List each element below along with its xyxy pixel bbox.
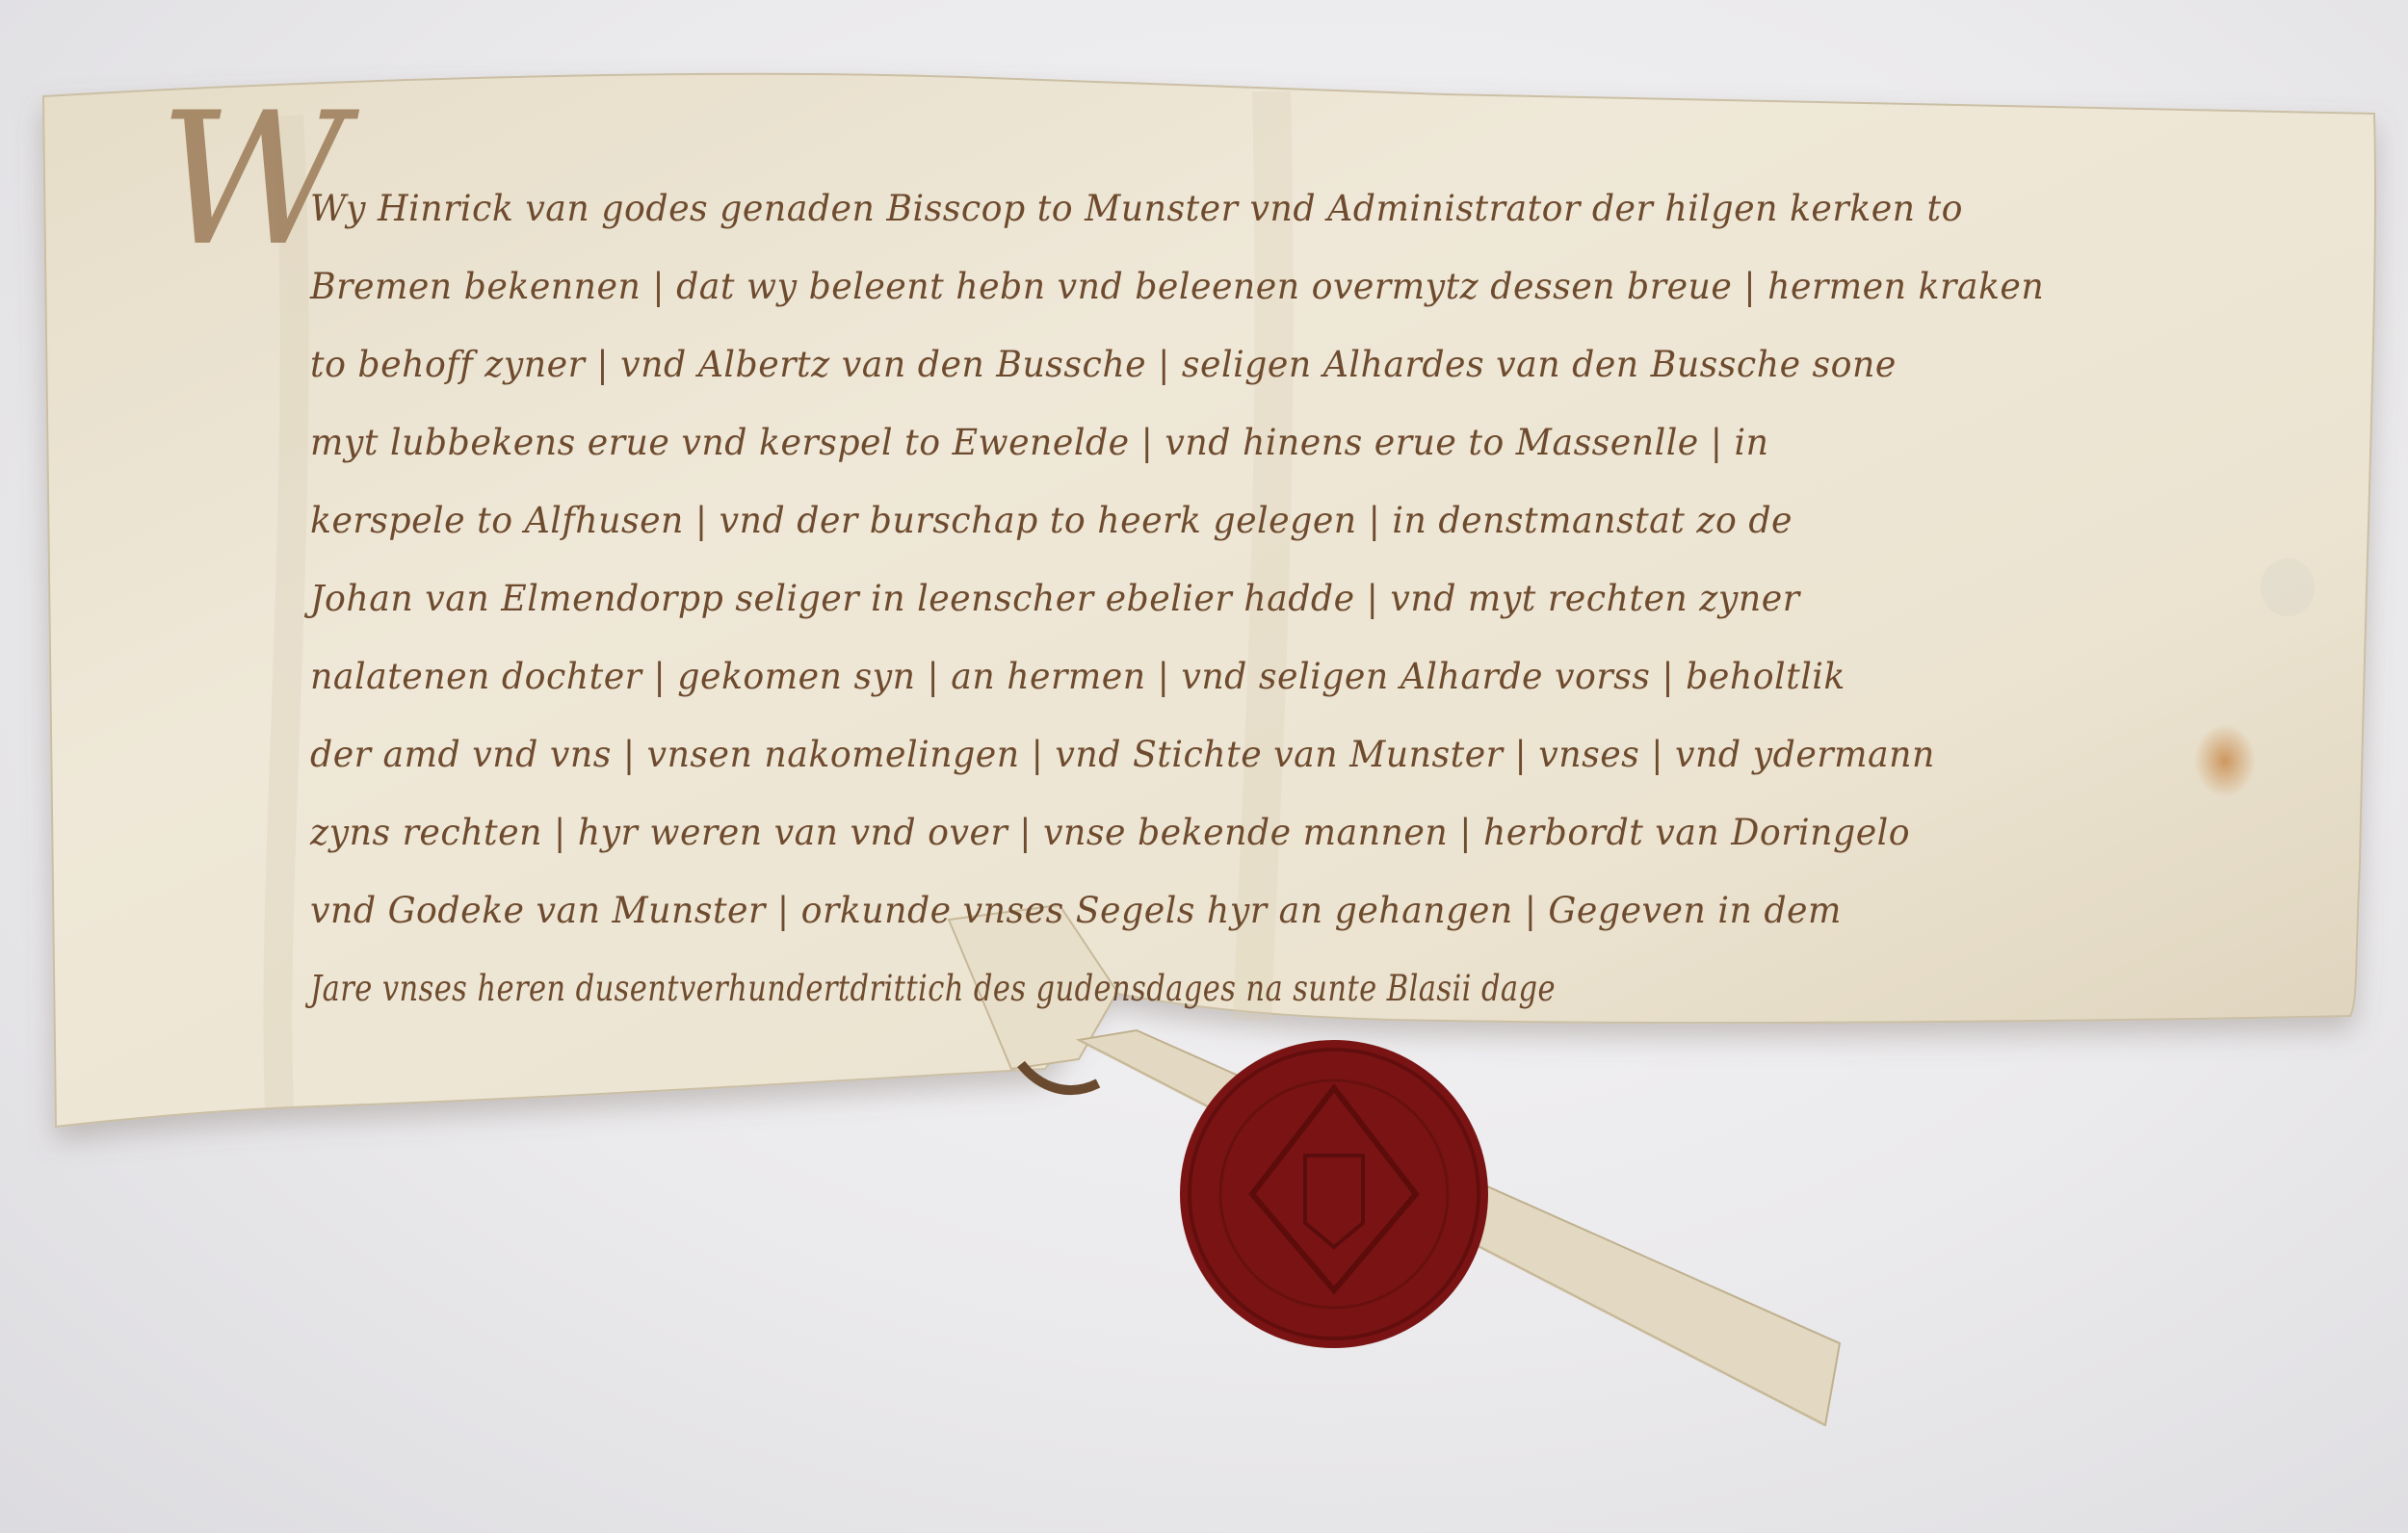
charter-text: Wy Hinrick van godes genaden Bisscop to … (310, 169, 2294, 1027)
text-line-8: der amd vnd vns | vnsen nakomelingen | v… (310, 715, 2256, 793)
wax-seal (1175, 1035, 1493, 1353)
text-line-7: nalatenen dochter | gekomen syn | an her… (310, 637, 2256, 715)
text-line-10: vnd Godeke van Munster | orkunde vnses S… (310, 871, 2256, 949)
text-line-6: Johan van Elmendorpp seliger in leensche… (310, 559, 2256, 637)
text-line-2: Bremen bekennen | dat wy beleent hebn vn… (310, 247, 2256, 325)
text-line-5: kerspele to Alfhusen | vnd der burschap … (310, 481, 2256, 559)
text-line-3: to behoff zyner | vnd Albertz van den Bu… (310, 325, 2256, 403)
text-line-1: Wy Hinrick van godes genaden Bisscop to … (310, 169, 2256, 247)
text-line-4: myt lubbekens erue vnd kerspel to Ewenel… (310, 403, 2256, 481)
text-line-11: Jare vnses heren dusentverhundertdrittic… (310, 949, 1948, 1027)
text-line-9: zyns rechten | hyr weren van vnd over | … (310, 793, 2256, 871)
